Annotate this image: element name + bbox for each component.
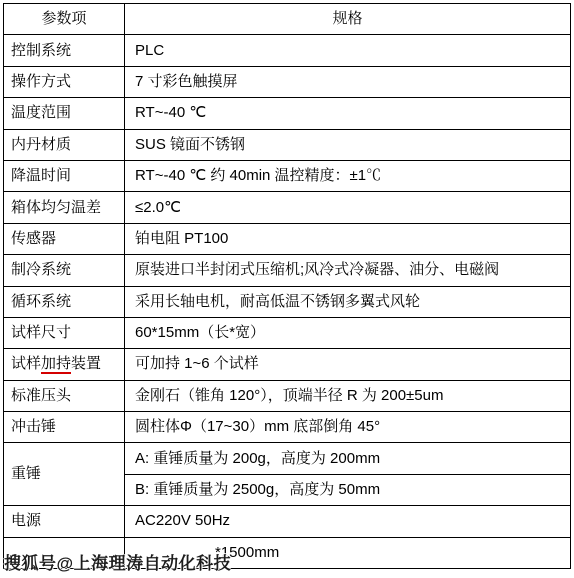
specification-table: 参数项 规格 控制系统PLC操作方式7 寸彩色触摸屏温度范围RT~-40 ℃内丹… bbox=[3, 3, 571, 569]
specification-cell: 金刚石（锥角 120°），顶端半径 R 为 200±5um bbox=[125, 380, 571, 411]
specification-cell: 圆柱体Φ（17~30）mm 底部倒角 45° bbox=[125, 412, 571, 443]
specification-cell: 可加持 1~6 个试样 bbox=[125, 349, 571, 380]
table-row: 电源AC220V 50Hz bbox=[4, 506, 571, 537]
table-row: 制冷系统原装进口半封闭式压缩机;风冷式冷凝器、油分、电磁阀 bbox=[4, 255, 571, 286]
table-row: 重锤A: 重锤质量为 200g，高度为 200mm bbox=[4, 443, 571, 474]
specification-cell: B: 重锤质量为 2500g，高度为 50mm bbox=[125, 474, 571, 505]
parameter-cell: 标准压头 bbox=[4, 380, 125, 411]
specification-cell: A: 重锤质量为 200g，高度为 200mm bbox=[125, 443, 571, 474]
specification-cell: RT~-40 ℃ 约 40min 温控精度：±1℃ bbox=[125, 160, 571, 191]
specification-cell: SUS 镜面不锈钢 bbox=[125, 129, 571, 160]
table-row: 传感器铂电阻 PT100 bbox=[4, 223, 571, 254]
parameter-text: 试样 bbox=[11, 355, 41, 372]
parameter-cell: 重锤 bbox=[4, 443, 125, 506]
specification-cell: PLC bbox=[125, 35, 571, 66]
specification-cell: 60*15mm（长*宽） bbox=[125, 317, 571, 348]
parameter-cell: 温度范围 bbox=[4, 98, 125, 129]
specification-cell: AC220V 50Hz bbox=[125, 506, 571, 537]
parameter-cell: 循环系统 bbox=[4, 286, 125, 317]
parameter-cell: 电源 bbox=[4, 506, 125, 537]
parameter-cell: 试样加持装置 bbox=[4, 349, 125, 380]
parameter-cell: 传感器 bbox=[4, 223, 125, 254]
parameter-cell: 降温时间 bbox=[4, 160, 125, 191]
parameter-cell: 冲击锤 bbox=[4, 412, 125, 443]
parameter-text: 装置 bbox=[71, 355, 101, 372]
table-row: 控制系统PLC bbox=[4, 35, 571, 66]
specification-cell: 原装进口半封闭式压缩机;风冷式冷凝器、油分、电磁阀 bbox=[125, 255, 571, 286]
table-row: 试样加持装置可加持 1~6 个试样 bbox=[4, 349, 571, 380]
parameter-cell: 控制系统 bbox=[4, 35, 125, 66]
parameter-text-underlined: 加持 bbox=[41, 355, 71, 374]
table-row: 冲击锤圆柱体Φ（17~30）mm 底部倒角 45° bbox=[4, 412, 571, 443]
table-row: 试样尺寸60*15mm（长*宽） bbox=[4, 317, 571, 348]
parameter-cell: 制冷系统 bbox=[4, 255, 125, 286]
sohu-watermark: 搜狐号@上海理涛自动化科技 bbox=[4, 549, 231, 574]
specification-cell: 采用长轴电机，耐高低温不锈钢多翼式风轮 bbox=[125, 286, 571, 317]
table-row: 循环系统采用长轴电机，耐高低温不锈钢多翼式风轮 bbox=[4, 286, 571, 317]
table-row: 温度范围RT~-40 ℃ bbox=[4, 98, 571, 129]
table-header-row: 参数项 规格 bbox=[4, 4, 571, 35]
specification-cell: 7 寸彩色触摸屏 bbox=[125, 66, 571, 97]
spec-table-body: 控制系统PLC操作方式7 寸彩色触摸屏温度范围RT~-40 ℃内丹材质SUS 镜… bbox=[4, 35, 571, 569]
parameter-cell: 内丹材质 bbox=[4, 129, 125, 160]
specification-cell: RT~-40 ℃ bbox=[125, 98, 571, 129]
column-header-parameter: 参数项 bbox=[4, 4, 125, 35]
specification-cell: 铂电阻 PT100 bbox=[125, 223, 571, 254]
parameter-cell: 操作方式 bbox=[4, 66, 125, 97]
parameter-cell: 箱体均匀温差 bbox=[4, 192, 125, 223]
column-header-specification: 规格 bbox=[125, 4, 571, 35]
table-row: 内丹材质SUS 镜面不锈钢 bbox=[4, 129, 571, 160]
specification-cell: ≤2.0℃ bbox=[125, 192, 571, 223]
table-row: 降温时间RT~-40 ℃ 约 40min 温控精度：±1℃ bbox=[4, 160, 571, 191]
parameter-cell: 试样尺寸 bbox=[4, 317, 125, 348]
table-row: 操作方式7 寸彩色触摸屏 bbox=[4, 66, 571, 97]
table-row: 箱体均匀温差≤2.0℃ bbox=[4, 192, 571, 223]
table-row: 标准压头金刚石（锥角 120°），顶端半径 R 为 200±5um bbox=[4, 380, 571, 411]
